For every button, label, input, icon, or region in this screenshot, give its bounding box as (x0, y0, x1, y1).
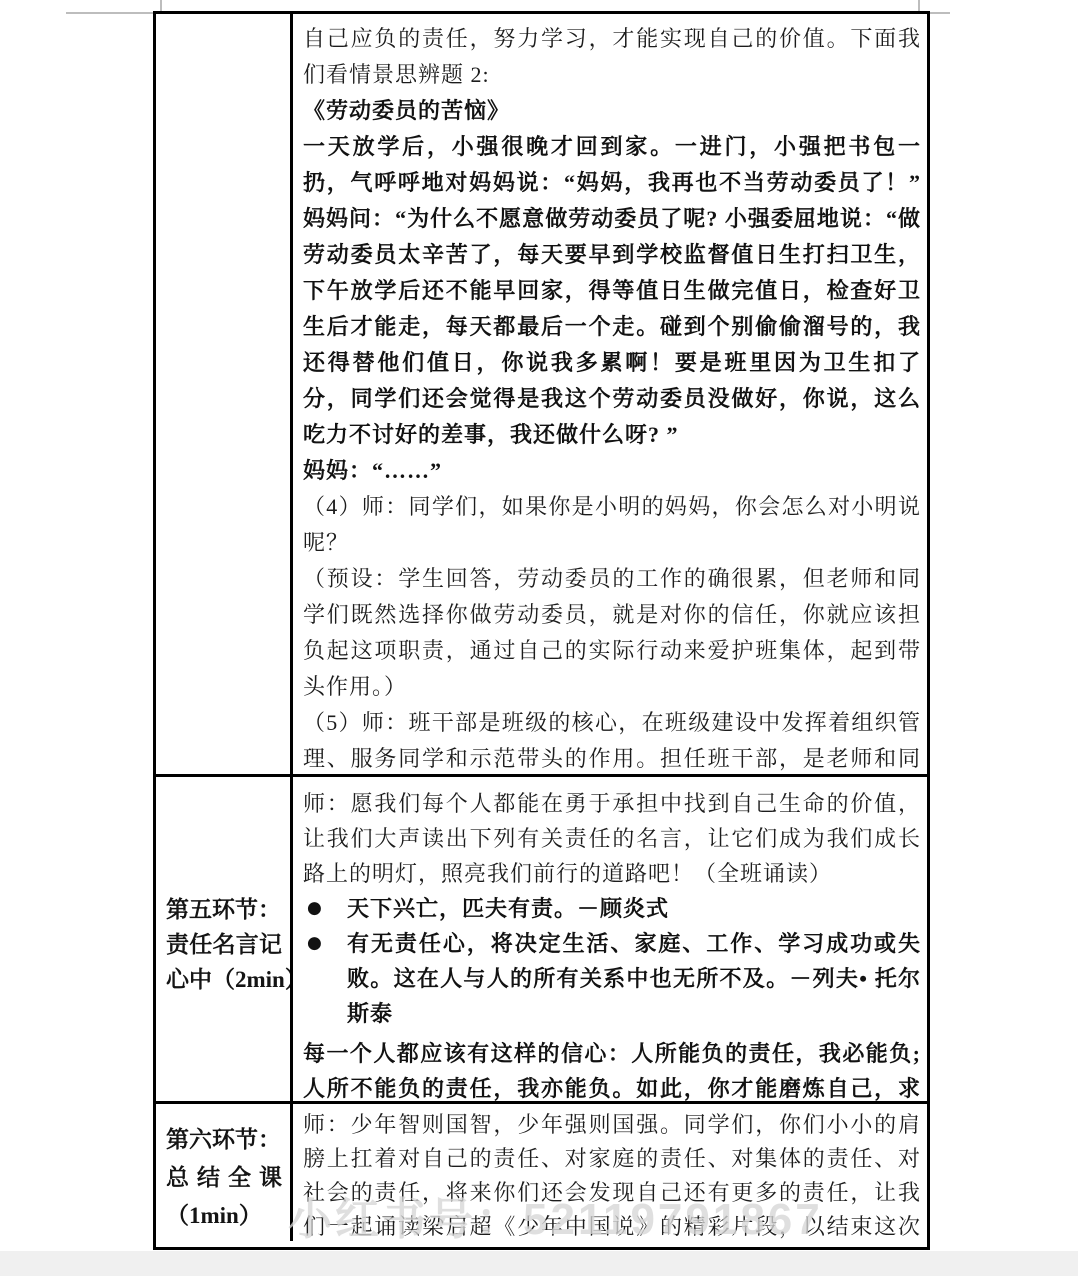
stage-label-cell: 第五环节： 责任名言记 心中（2min） (156, 777, 293, 1101)
page-bottom-edge (0, 1251, 1078, 1276)
scenario-story-paragraph: 妈妈：“……” (303, 453, 921, 489)
table-row-stage-6: 第六环节： 总结全课 （1min） 师：少年智则国智，少年强则国强。同学们，你们… (156, 1104, 927, 1241)
scenario-story-paragraph: 一天放学后，小强很晚才回到家。一进门，小强把书包一扔，气呼呼地对妈妈说：“妈妈，… (303, 129, 921, 453)
crop-mark-top-left-horizontal (66, 12, 162, 14)
teacher-script-paragraph: 自己应负的责任，努力学习，才能实现自己的价值。下面我们看情景思辨题 2: (303, 21, 921, 93)
stage-label-line: 总结全课 (166, 1159, 282, 1197)
table-row-stage-5: 第五环节： 责任名言记 心中（2min） 师：愿我们每个人都能在勇于承担中找到自… (156, 777, 927, 1104)
teacher-script-paragraph: （4）师：同学们，如果你是小明的妈妈，你会怎么对小明说呢？ (303, 489, 921, 561)
stage-content-cell: 师：少年智则国智，少年强则国强。同学们，你们小小的肩膀上扛着对自己的责任、对家庭… (293, 1104, 927, 1241)
stage-label-line: 第六环节： (166, 1121, 282, 1159)
quote-paragraph: 每一个人都应该有这样的信心：人所能负的责任，我必能负;人所不能负的责任，我亦能负… (303, 1036, 921, 1101)
stage-content-cell: 自己应负的责任，努力学习，才能实现自己的价值。下面我们看情景思辨题 2: 《劳动… (293, 14, 927, 774)
stage-label-cell-empty (156, 14, 293, 774)
teacher-script-paragraph: 师：愿我们每个人都能在勇于承担中找到自己生命的价值，让我们大声读出下列有关责任的… (303, 786, 921, 891)
teacher-script-paragraph: 师：少年智则国智，少年强则国强。同学们，你们小小的肩膀上扛着对自己的责任、对家庭… (303, 1108, 921, 1241)
stage-label-line: （1min） (166, 1197, 282, 1235)
stage-label-line: 心中（2min） (166, 962, 282, 997)
stage-label-line: 第五环节： (166, 892, 282, 927)
stage-label-cell: 第六环节： 总结全课 （1min） (156, 1104, 293, 1241)
quote-text: 有无责任心，将决定生活、家庭、工作、学习成功或失败。这在人与人的所有关系中也无所… (347, 926, 921, 1031)
quote-bullet-item: ● 天下兴亡，匹夫有责。－顾炎式 (303, 891, 921, 926)
teacher-script-paragraph: （预设：学生回答，劳动委员的工作的确很累，但老师和同学们既然选择你做劳动委员，就… (303, 561, 921, 705)
quote-bullet-item: ● 有无责任心，将决定生活、家庭、工作、学习成功或失败。这在人与人的所有关系中也… (303, 926, 921, 1031)
document-page: 自己应负的责任，努力学习，才能实现自己的价值。下面我们看情景思辨题 2: 《劳动… (0, 0, 1078, 1276)
teacher-script-paragraph: （5）师：班干部是班级的核心，在班级建设中发挥着组织管理、服务同学和示范带头的作… (303, 705, 921, 774)
stage-content-cell: 师：愿我们每个人都能在勇于承担中找到自己生命的价值，让我们大声读出下列有关责任的… (293, 777, 927, 1101)
lesson-plan-table: 自己应负的责任，努力学习，才能实现自己的价值。下面我们看情景思辨题 2: 《劳动… (153, 11, 930, 1250)
table-row-continuation: 自己应负的责任，努力学习，才能实现自己的价值。下面我们看情景思辨题 2: 《劳动… (156, 14, 927, 777)
quote-text: 天下兴亡，匹夫有责。－顾炎式 (347, 891, 921, 926)
bullet-dot-icon: ● (303, 926, 347, 1031)
scenario-title: 《劳动委员的苦恼》 (303, 93, 921, 129)
bullet-dot-icon: ● (303, 891, 347, 926)
stage-label-line: 责任名言记 (166, 927, 282, 962)
